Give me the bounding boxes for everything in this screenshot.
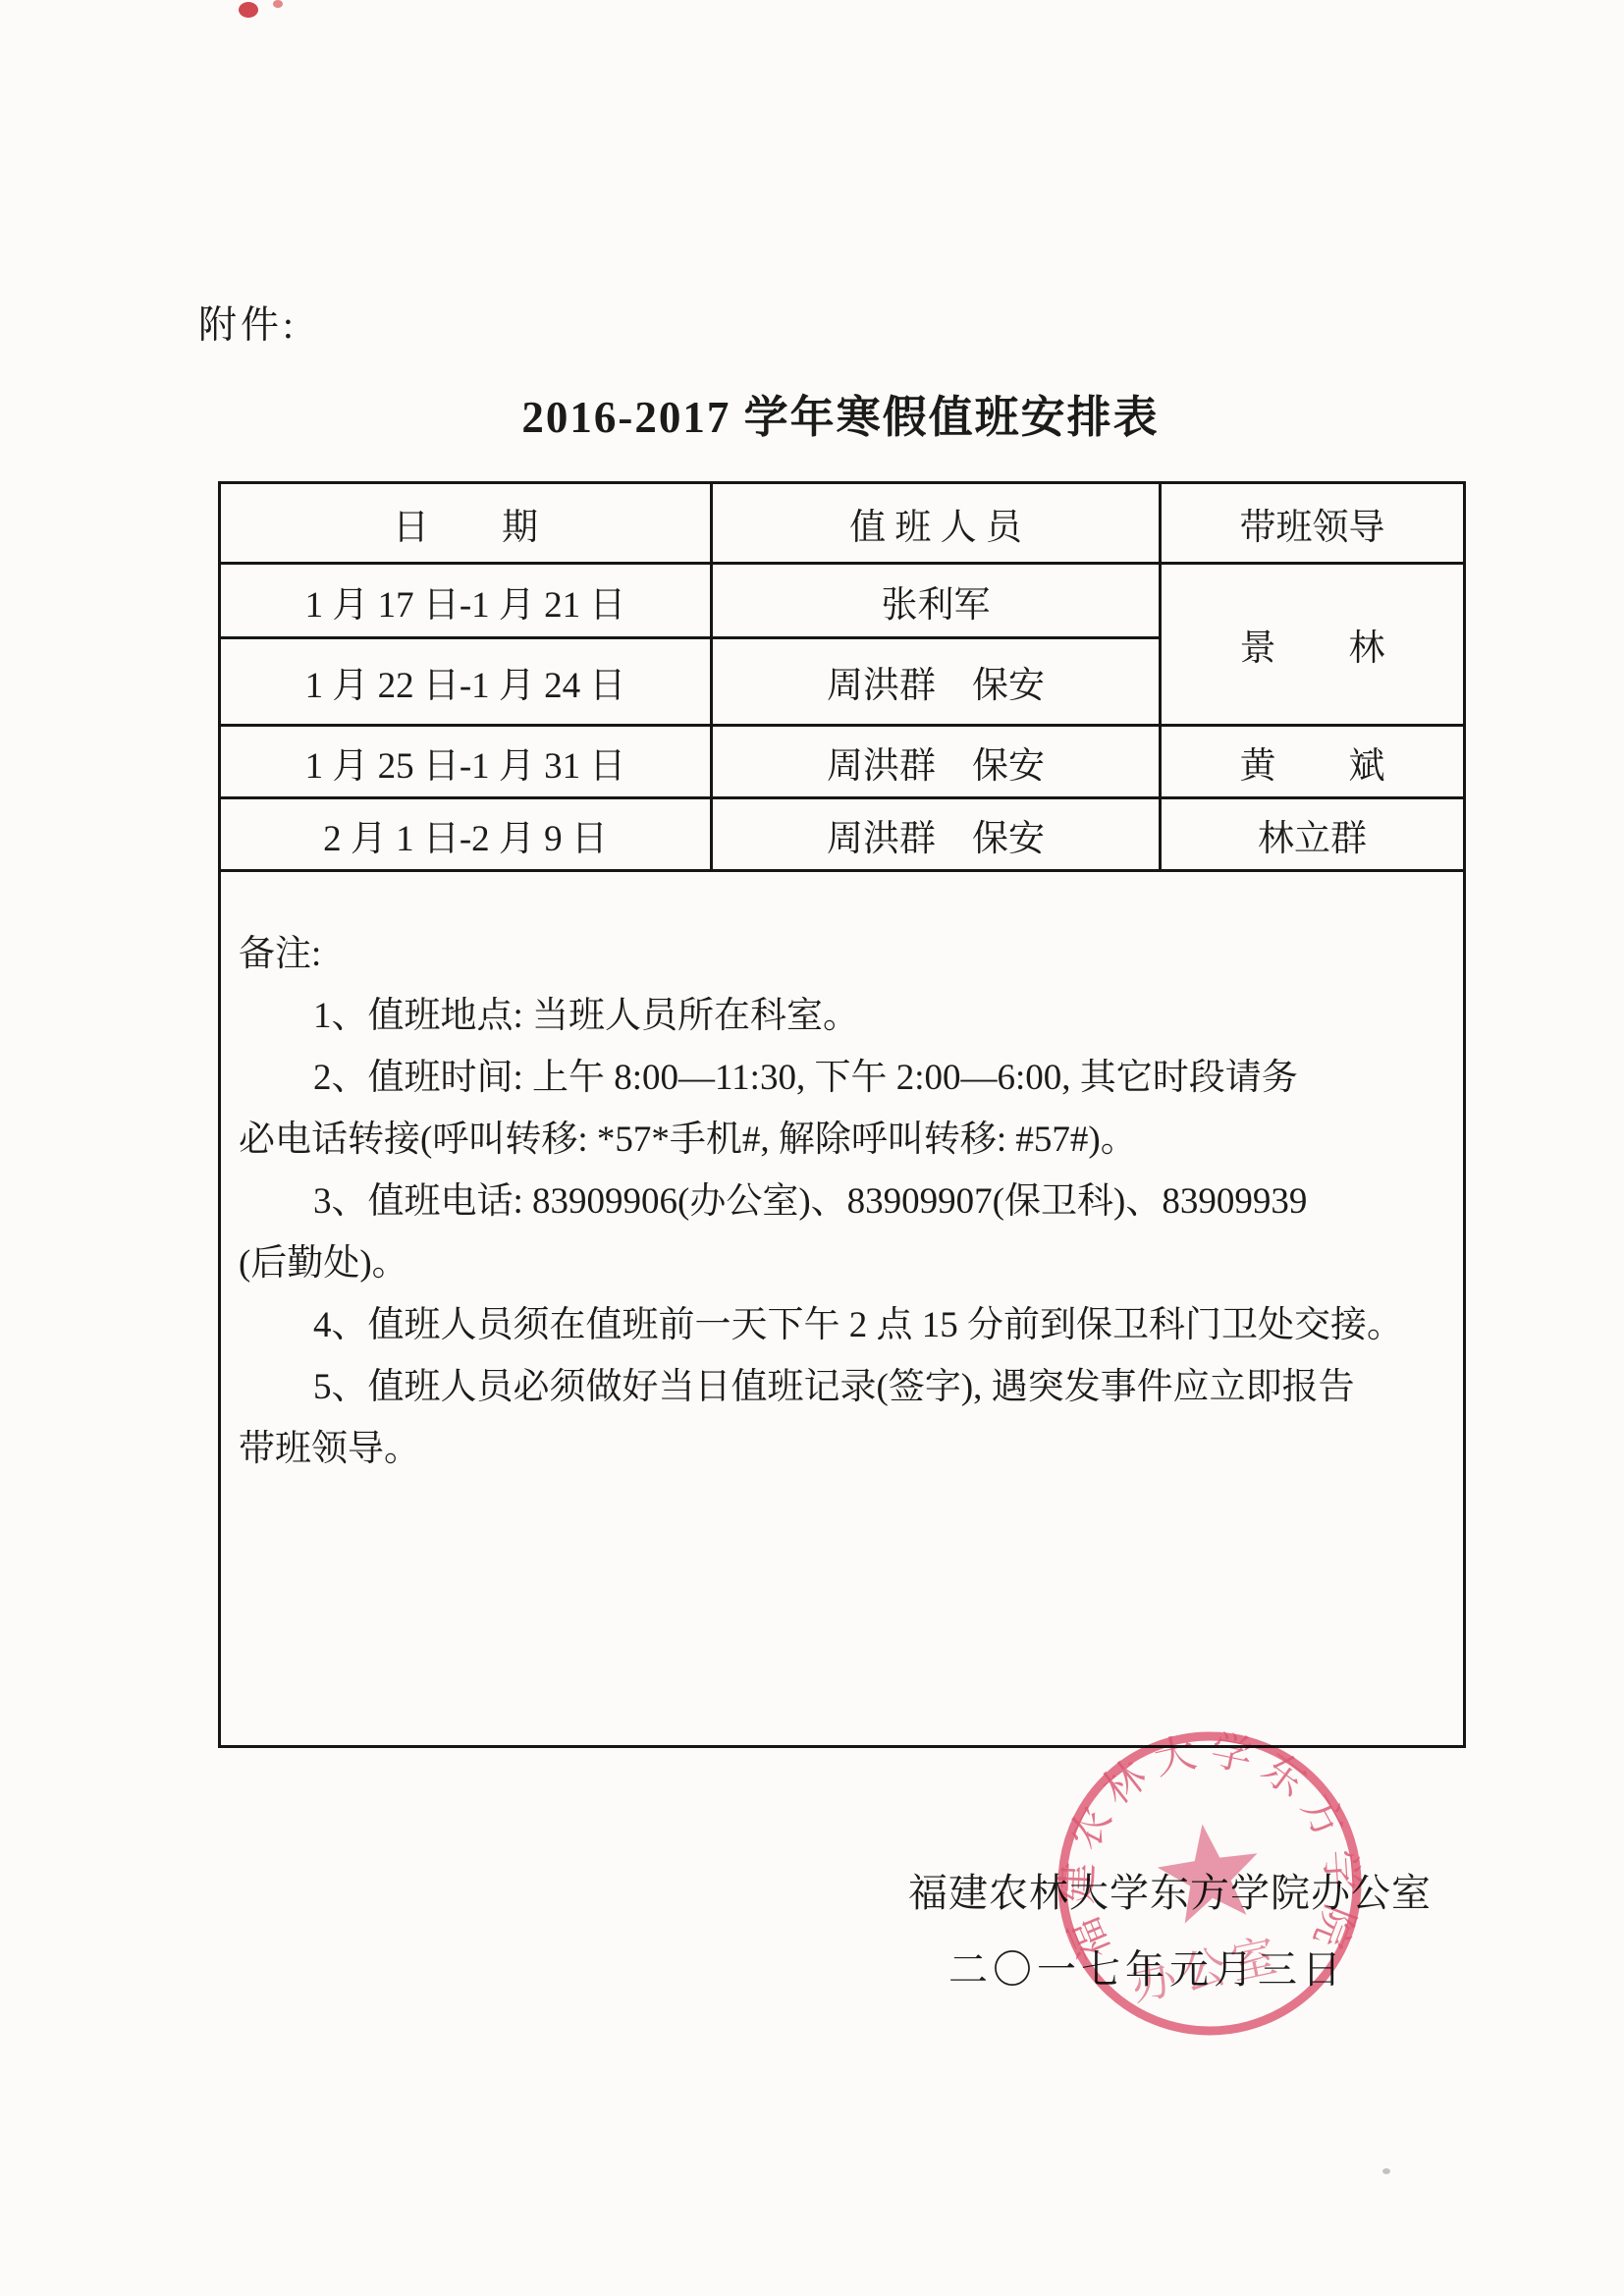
scanned-document-page: 附件: 2016-2017 学年寒假值班安排表 日 期 值 班 人 员 带班领导…: [0, 0, 1624, 2296]
table-row: 2 月 1 日-2 月 9 日 周洪群 保安 林立群: [220, 798, 1465, 871]
note-line: 3、值班电话: 83909906(办公室)、83909907(保卫科)、8390…: [239, 1171, 1449, 1232]
col-header-leader: 带班领导: [1161, 483, 1465, 564]
notes-cell: 备注: 1、值班地点: 当班人员所在科室。 2、值班时间: 上午 8:00—11…: [220, 871, 1465, 1747]
attachment-label: 附件:: [198, 295, 298, 350]
seal-star-icon: [1153, 1817, 1266, 1926]
note-line: (后勤处)。: [239, 1232, 1449, 1294]
leader-cell: 景 林: [1161, 564, 1465, 726]
col-header-date: 日 期: [220, 483, 712, 564]
note-line: 4、值班人员须在值班前一天下午 2 点 15 分前到保卫科门卫处交接。: [239, 1294, 1449, 1356]
scan-artifact-red: [239, 2, 258, 18]
staff-cell: 周洪群 保安: [712, 726, 1161, 798]
notes-row: 备注: 1、值班地点: 当班人员所在科室。 2、值班时间: 上午 8:00—11…: [220, 871, 1465, 1747]
note-line: 必电话转接(呼叫转移: *57*手机#, 解除呼叫转移: #57#)。: [239, 1109, 1449, 1171]
leader-cell: 黄 斌: [1161, 726, 1465, 798]
seal-office-text: 办公室: [1126, 1930, 1286, 2010]
table-header-row: 日 期 值 班 人 员 带班领导: [220, 483, 1465, 564]
date-cell: 1 月 25 日-1 月 31 日: [220, 726, 712, 798]
official-seal-stamp: 福建农林大学东方学院 办公室: [1048, 1722, 1372, 2046]
table-row: 1 月 17 日-1 月 21 日 张利军 景 林: [220, 564, 1465, 638]
duty-schedule-table: 日 期 值 班 人 员 带班领导 1 月 17 日-1 月 21 日 张利军 景…: [218, 481, 1466, 1748]
col-header-staff: 值 班 人 员: [712, 483, 1161, 564]
date-cell: 1 月 22 日-1 月 24 日: [220, 638, 712, 726]
note-line: 1、值班地点: 当班人员所在科室。: [239, 985, 1449, 1047]
scan-artifact-gray: [1382, 2168, 1390, 2174]
note-line: 5、值班人员必须做好当日值班记录(签字), 遇突发事件应立即报告: [239, 1356, 1449, 1418]
table-row: 1 月 25 日-1 月 31 日 周洪群 保安 黄 斌: [220, 726, 1465, 798]
leader-cell: 林立群: [1161, 798, 1465, 871]
scan-artifact-red: [273, 0, 283, 8]
staff-cell: 张利军: [712, 564, 1161, 638]
page-title: 2016-2017 学年寒假值班安排表: [218, 381, 1463, 445]
staff-cell: 周洪群 保安: [712, 638, 1161, 726]
date-cell: 2 月 1 日-2 月 9 日: [220, 798, 712, 871]
date-cell: 1 月 17 日-1 月 21 日: [220, 564, 712, 638]
staff-cell: 周洪群 保安: [712, 798, 1161, 871]
note-line: 2、值班时间: 上午 8:00—11:30, 下午 2:00—6:00, 其它时…: [239, 1047, 1449, 1109]
notes-label: 备注:: [239, 923, 1449, 985]
note-line: 带班领导。: [239, 1418, 1449, 1480]
notes-block: 备注: 1、值班地点: 当班人员所在科室。 2、值班时间: 上午 8:00—11…: [239, 923, 1449, 1480]
